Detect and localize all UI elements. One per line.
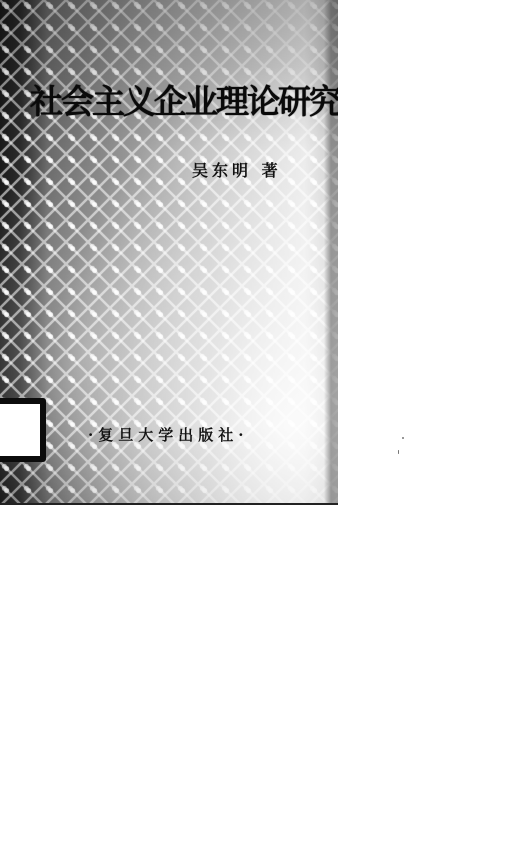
book-title: 社会主义企业理论研究 bbox=[30, 76, 338, 123]
scan-speck bbox=[402, 437, 404, 439]
book-author: 吴东明 著 bbox=[192, 158, 282, 181]
book-publisher: ·复旦大学出版社· bbox=[88, 424, 248, 445]
library-label-sticker bbox=[0, 398, 46, 462]
book-cover: 社会主义企业理论研究 吴东明 著 ·复旦大学出版社· bbox=[0, 0, 338, 505]
scan-speck bbox=[398, 450, 399, 454]
